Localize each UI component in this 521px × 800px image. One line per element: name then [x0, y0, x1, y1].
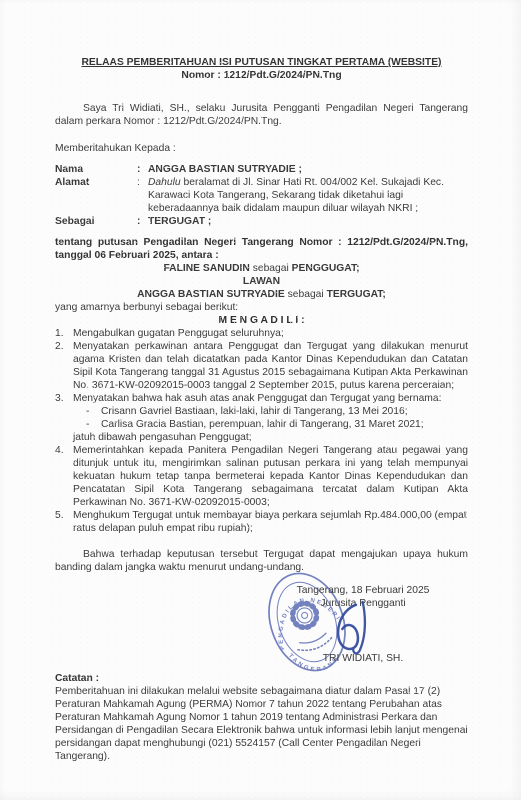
child-text: Crisann Gavriel Bastiaan, laki-laki, lah…: [101, 405, 468, 418]
signature-place-date: Tangerang, 18 Februari 2025: [288, 584, 438, 597]
item-text: Menyatakan bahwa hak asuh atas anak Peng…: [73, 392, 468, 444]
document-page: RELAAS PEMBERITAHUAN ISI PUTUSAN TINGKAT…: [0, 0, 521, 800]
child-text: Carlisa Gracia Bastian, perempuan, lahir…: [101, 418, 468, 431]
party-plaintiff-line: FALINE SANUDIN sebagai PENGGUGAT;: [55, 262, 468, 275]
item-text: Menghukum Tergugat untuk membayar biaya …: [73, 509, 468, 535]
item-text: Menyatakan perkawinan antara Penggugat d…: [73, 340, 468, 392]
verdict-lead: yang amarnya berbunyi sebagai berikut:: [55, 301, 468, 314]
intro-paragraph: Saya Tri Widiati, SH., selaku Jurusita P…: [55, 102, 468, 128]
recipient-name-row: Nama : ANGGA BASTIAN SUTRYADIE ;: [55, 163, 468, 176]
colon-separator: :: [137, 215, 148, 228]
item-number: 2.: [55, 340, 73, 353]
defendant-role: TERGUGAT;: [327, 289, 386, 300]
address-label: Alamat: [55, 176, 137, 189]
recipient-address-row: Alamat : Dahulu beralamat di Jl. Sinar H…: [55, 176, 468, 215]
document-header: RELAAS PEMBERITAHUAN ISI PUTUSAN TINGKAT…: [55, 56, 468, 82]
note-body: Pemberitahuan ini dilakukan melalui webs…: [55, 685, 468, 763]
plaintiff-role: PENGGUGAT;: [292, 263, 360, 274]
notify-heading: Memberitahukan Kepada :: [55, 142, 468, 155]
plaintiff-as: sebagai: [253, 263, 289, 274]
verdict-item-5: 5. Menghukum Tergugat untuk membayar bia…: [55, 509, 468, 535]
item-3-lead: Menyatakan bahwa hak asuh atas anak Peng…: [73, 392, 468, 405]
item-number: 3.: [55, 392, 73, 405]
item-text: Memerintahkan kepada Panitera Pengadilan…: [73, 444, 468, 509]
item-number: 4.: [55, 444, 73, 457]
name-label: Nama: [55, 163, 137, 176]
signature-texts: Tangerang, 18 Februari 2025 Jurusita Pen…: [288, 584, 438, 665]
verdict-heading: M E N G A D I L I :: [55, 314, 468, 327]
dash-bullet: -: [86, 405, 101, 418]
handwritten-signature-icon: [330, 600, 378, 658]
document-title: RELAAS PEMBERITAHUAN ISI PUTUSAN TINGKAT…: [55, 56, 468, 69]
recipient-role-row: Sebagai : TERGUGAT ;: [55, 215, 468, 228]
item-number: 1.: [55, 327, 73, 340]
recipient-name: ANGGA BASTIAN SUTRYADIE ;: [148, 163, 468, 176]
colon-separator: :: [137, 176, 148, 189]
item-number: 5.: [55, 509, 73, 522]
item-3-tail: jatuh dibawah pengasuhan Penggugat;: [73, 431, 468, 444]
address-former-word: Dahulu: [148, 177, 181, 188]
dash-bullet: -: [86, 418, 101, 431]
signature-block: PENGADILAN NEGERI TANGERANG Tangerang, 1…: [55, 580, 468, 668]
note-section: Catatan : Pemberitahuan ini dilakukan me…: [55, 672, 468, 763]
case-number: Nomor : 1212/Pdt.G/2024/PN.Tng: [55, 69, 468, 82]
child-item: - Carlisa Gracia Bastian, perempuan, lah…: [86, 418, 468, 431]
case-description: tentang putusan Pengadilan Negeri Tanger…: [55, 236, 468, 262]
defendant-as: sebagai: [288, 289, 324, 300]
plaintiff-name: FALINE SANUDIN: [163, 263, 249, 274]
verdict-item-1: 1. Mengabulkan gugatan Penggugat seluruh…: [55, 327, 468, 340]
item-text: Mengabulkan gugatan Penggugat seluruhnya…: [73, 327, 468, 340]
recipient-address: Dahulu beralamat di Jl. Sinar Hati Rt. 0…: [148, 176, 468, 215]
address-text: beralamat di Jl. Sinar Hati Rt. 004/002 …: [148, 177, 444, 214]
verdict-item-4: 4. Memerintahkan kepada Panitera Pengadi…: [55, 444, 468, 509]
verdict-item-2: 2. Menyatakan perkawinan antara Pengguga…: [55, 340, 468, 392]
role-label: Sebagai: [55, 215, 137, 228]
defendant-name: ANGGA BASTIAN SUTRYADIE: [137, 289, 285, 300]
recipient-role: TERGUGAT ;: [148, 215, 468, 228]
party-defendant-line: ANGGA BASTIAN SUTRYADIE sebagai TERGUGAT…: [55, 288, 468, 301]
child-item: - Crisann Gavriel Bastiaan, laki-laki, l…: [86, 405, 468, 418]
colon-separator: :: [137, 163, 148, 176]
versus-line: LAWAN: [55, 275, 468, 288]
verdict-item-3: 3. Menyatakan bahwa hak asuh atas anak P…: [55, 392, 468, 444]
